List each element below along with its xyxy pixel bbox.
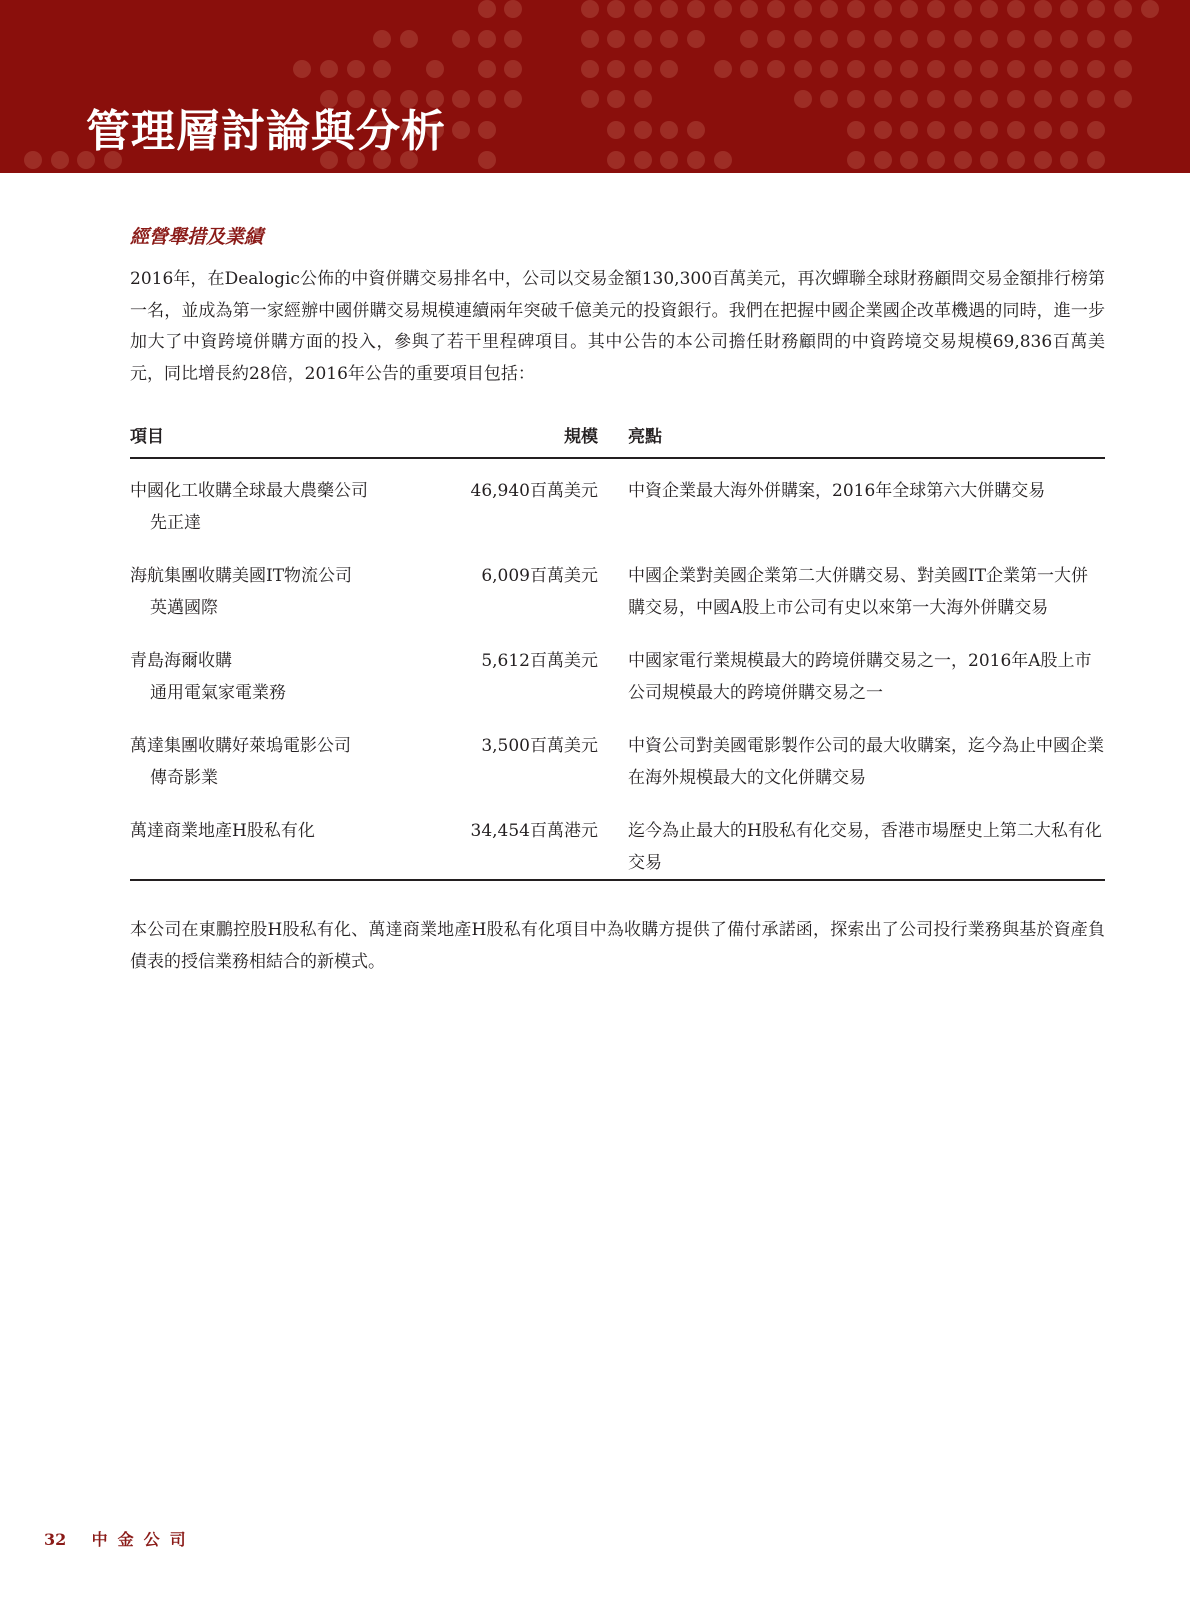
decorative-dot (1060, 0, 1078, 18)
decorative-dot (980, 30, 998, 48)
decorative-dot (607, 121, 625, 139)
decorative-dot (320, 60, 338, 78)
deal-item: 萬達集團收購好萊塢電影公司 傳奇影業 (130, 731, 426, 816)
decorative-dot (847, 60, 865, 78)
decorative-dot (634, 121, 652, 139)
decorative-dot (954, 121, 972, 139)
decorative-dot (504, 0, 522, 18)
decorative-dot (1034, 90, 1052, 108)
decorative-dot (660, 151, 678, 169)
page-title: 管理層討論與分析 (86, 106, 446, 158)
decorative-dot (794, 90, 812, 108)
deal-highlight: 中國家電行業規模最大的跨境併購交易之一，2016年A股上市公司規模最大的跨境併購… (598, 646, 1105, 731)
decorative-dot (927, 90, 945, 108)
decorative-dot (478, 60, 496, 78)
decorative-dot (504, 90, 522, 108)
decorative-dot (1034, 121, 1052, 139)
column-header-scale: 規模 (426, 420, 598, 458)
decorative-dot (1034, 151, 1052, 169)
decorative-dot (794, 60, 812, 78)
decorative-dot (927, 30, 945, 48)
deal-item-line2: 先正達 (130, 508, 426, 540)
decorative-dot (1060, 121, 1078, 139)
decorative-dot (980, 151, 998, 169)
decorative-dot (1087, 121, 1105, 139)
decorative-dot (847, 121, 865, 139)
decorative-dot (874, 0, 892, 18)
decorative-dot (687, 121, 705, 139)
decorative-dot (820, 0, 838, 18)
decorative-dot (660, 0, 678, 18)
decorative-dot (767, 30, 785, 48)
table-row: 青島海爾收購 通用電氣家電業務 5,612百萬美元 中國家電行業規模最大的跨境併… (130, 646, 1105, 731)
decorative-dot (1114, 60, 1132, 78)
decorative-dot (740, 60, 758, 78)
decorative-dot (954, 0, 972, 18)
decorative-dot (478, 30, 496, 48)
decorative-dot (607, 60, 625, 78)
decorative-dot (927, 121, 945, 139)
decorative-dot (1060, 60, 1078, 78)
decorative-dot (820, 90, 838, 108)
decorative-dot (740, 30, 758, 48)
page-number: 32 (44, 1529, 86, 1551)
decorative-dot (900, 151, 918, 169)
deal-item: 中國化工收購全球最大農藥公司 先正達 (130, 458, 426, 561)
decorative-dot (980, 60, 998, 78)
intro-paragraph: 2016年，在Dealogic公佈的中資併購交易排名中，公司以交易金額130,3… (130, 264, 1105, 390)
decorative-dot (504, 60, 522, 78)
decorative-dot (1007, 151, 1025, 169)
decorative-dot (1034, 0, 1052, 18)
decorative-dot (607, 0, 625, 18)
decorative-dot (400, 30, 418, 48)
decorative-dot (687, 151, 705, 169)
decorative-dot (954, 30, 972, 48)
decorative-dot (1007, 30, 1025, 48)
decorative-dot (634, 30, 652, 48)
table-header-row: 項目 規模 亮點 (130, 420, 1105, 458)
deal-item-line1: 萬達商業地產H股私有化 (130, 821, 315, 841)
table-row: 中國化工收購全球最大農藥公司 先正達 46,940百萬美元 中資企業最大海外併購… (130, 458, 1105, 561)
decorative-dot (794, 30, 812, 48)
decorative-dot (347, 60, 365, 78)
decorative-dot (1087, 60, 1105, 78)
deal-item: 海航集團收購美國IT物流公司 英邁國際 (130, 561, 426, 646)
decorative-dot (954, 60, 972, 78)
decorative-dot (767, 0, 785, 18)
deals-table: 項目 規模 亮點 中國化工收購全球最大農藥公司 先正達 46,940百萬美元 中… (130, 420, 1105, 881)
decorative-dot (847, 151, 865, 169)
decorative-dot (634, 0, 652, 18)
decorative-dot (478, 121, 496, 139)
decorative-dot (504, 30, 522, 48)
decorative-dot (1141, 0, 1159, 18)
deal-item-line2: 通用電氣家電業務 (130, 678, 426, 710)
decorative-dot (478, 90, 496, 108)
deal-item: 青島海爾收購 通用電氣家電業務 (130, 646, 426, 731)
deal-scale: 46,940百萬美元 (426, 458, 598, 561)
deal-item-line2: 傳奇影業 (130, 763, 426, 795)
decorative-dot (373, 60, 391, 78)
deal-scale: 3,500百萬美元 (426, 731, 598, 816)
decorative-dot (900, 60, 918, 78)
decorative-dot (51, 151, 69, 169)
decorative-dot (634, 151, 652, 169)
decorative-dot (714, 60, 732, 78)
deal-highlight: 迄今為止最大的H股私有化交易，香港市場歷史上第二大私有化交易 (598, 816, 1105, 880)
decorative-dot (293, 60, 311, 78)
decorative-dot (1087, 0, 1105, 18)
decorative-dot (607, 90, 625, 108)
decorative-dot (452, 30, 470, 48)
decorative-dot (820, 60, 838, 78)
decorative-dot (660, 60, 678, 78)
decorative-dot (1034, 60, 1052, 78)
decorative-dot (660, 121, 678, 139)
decorative-dot (1087, 30, 1105, 48)
decorative-dot (1007, 0, 1025, 18)
decorative-dot (1087, 151, 1105, 169)
decorative-dot (954, 90, 972, 108)
decorative-dot (607, 151, 625, 169)
decorative-dot (607, 30, 625, 48)
decorative-dot (581, 60, 599, 78)
decorative-dot (660, 30, 678, 48)
decorative-dot (900, 121, 918, 139)
decorative-dot (874, 30, 892, 48)
deal-item-line1: 青島海爾收購 (130, 651, 232, 671)
section-heading: 經營舉措及業績 (130, 222, 1105, 252)
decorative-dot (847, 90, 865, 108)
decorative-dot (1007, 121, 1025, 139)
decorative-dot (426, 60, 444, 78)
deal-scale: 5,612百萬美元 (426, 646, 598, 731)
decorative-dot (634, 90, 652, 108)
decorative-dot (687, 30, 705, 48)
decorative-dot (1114, 30, 1132, 48)
column-header-highlight: 亮點 (598, 420, 1105, 458)
deal-scale: 34,454百萬港元 (426, 816, 598, 880)
decorative-dot (794, 0, 812, 18)
decorative-dot (1007, 90, 1025, 108)
decorative-dot (980, 121, 998, 139)
page-footer: 32 中金公司 (44, 1529, 196, 1551)
decorative-dot (820, 30, 838, 48)
deal-scale: 6,009百萬美元 (426, 561, 598, 646)
decorative-dot (927, 60, 945, 78)
decorative-dot (581, 90, 599, 108)
decorative-dot (1060, 151, 1078, 169)
decorative-dot (687, 0, 705, 18)
decorative-dot (478, 151, 496, 169)
decorative-dot (767, 60, 785, 78)
decorative-dot (954, 151, 972, 169)
decorative-dot (980, 90, 998, 108)
decorative-dot (927, 0, 945, 18)
deal-highlight: 中國企業對美國企業第二大併購交易、對美國IT企業第一大併購交易，中國A股上市公司… (598, 561, 1105, 646)
decorative-dot (740, 0, 758, 18)
main-content: 經營舉措及業績 2016年，在Dealogic公佈的中資併購交易排名中，公司以交… (130, 222, 1105, 978)
decorative-dot (1060, 90, 1078, 108)
deal-highlight: 中資企業最大海外併購案，2016年全球第六大併購交易 (598, 458, 1105, 561)
decorative-dot (1007, 60, 1025, 78)
company-name: 中金公司 (92, 1530, 196, 1549)
decorative-dot (1060, 30, 1078, 48)
deal-item-line2: 英邁國際 (130, 593, 426, 625)
header-banner: 管理層討論與分析 (0, 0, 1190, 173)
decorative-dot (24, 151, 42, 169)
decorative-dot (581, 0, 599, 18)
deal-highlight: 中資公司對美國電影製作公司的最大收購案，迄今為止中國企業在海外規模最大的文化併購… (598, 731, 1105, 816)
table-row: 萬達集團收購好萊塢電影公司 傳奇影業 3,500百萬美元 中資公司對美國電影製作… (130, 731, 1105, 816)
decorative-dot (1034, 30, 1052, 48)
decorative-dot (714, 151, 732, 169)
deal-item-line1: 海航集團收購美國IT物流公司 (130, 566, 352, 586)
column-header-item: 項目 (130, 420, 426, 458)
decorative-dot (847, 30, 865, 48)
decorative-dot (1114, 0, 1132, 18)
decorative-dot (874, 121, 892, 139)
table-row: 萬達商業地產H股私有化 34,454百萬港元 迄今為止最大的H股私有化交易，香港… (130, 816, 1105, 880)
decorative-dot (900, 30, 918, 48)
decorative-dot (874, 151, 892, 169)
decorative-dot (452, 121, 470, 139)
decorative-dot (874, 90, 892, 108)
table-row: 海航集團收購美國IT物流公司 英邁國際 6,009百萬美元 中國企業對美國企業第… (130, 561, 1105, 646)
closing-paragraph: 本公司在東鵬控股H股私有化、萬達商業地產H股私有化項目中為收購方提供了備付承諾函… (130, 915, 1105, 978)
decorative-dot (452, 90, 470, 108)
decorative-dot (900, 0, 918, 18)
decorative-dot (634, 60, 652, 78)
decorative-dot (874, 60, 892, 78)
decorative-dot (714, 0, 732, 18)
decorative-dot (927, 151, 945, 169)
decorative-dot (478, 0, 496, 18)
decorative-dot (1087, 90, 1105, 108)
deal-item-line1: 萬達集團收購好萊塢電影公司 (130, 736, 351, 756)
deal-item-line1: 中國化工收購全球最大農藥公司 (130, 481, 368, 501)
decorative-dot (847, 0, 865, 18)
decorative-dot (1114, 90, 1132, 108)
decorative-dot (373, 30, 391, 48)
decorative-dot (980, 0, 998, 18)
decorative-dot (900, 90, 918, 108)
decorative-dot (581, 30, 599, 48)
deal-item: 萬達商業地產H股私有化 (130, 816, 426, 880)
